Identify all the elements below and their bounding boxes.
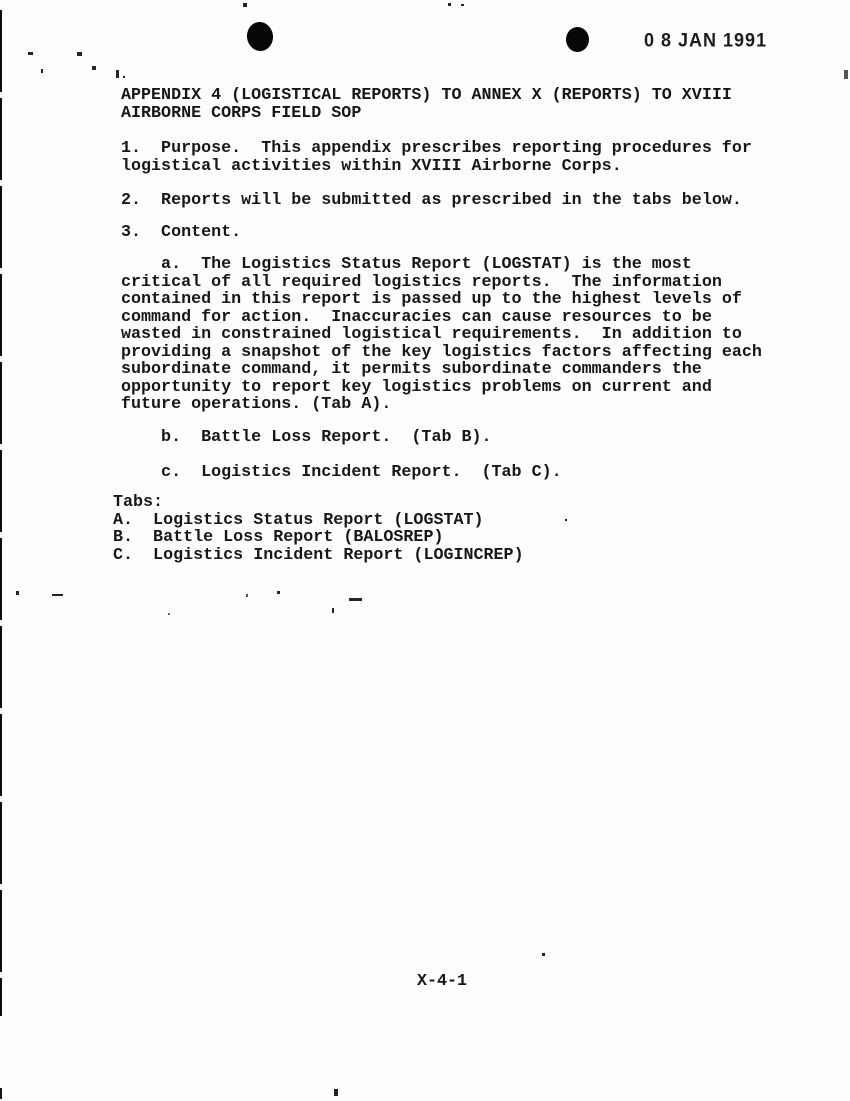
- document-line: a. The Logistics Status Report (LOGSTAT)…: [121, 256, 762, 274]
- paragraph-3b-battle-loss: b. Battle Loss Report. (Tab B).: [121, 429, 492, 447]
- document-line: 1. Purpose. This appendix prescribes rep…: [121, 140, 752, 158]
- document-line: critical of all required logistics repor…: [121, 274, 762, 292]
- scan-speck: [168, 613, 170, 615]
- scan-speck: [243, 3, 247, 7]
- scan-speck: [844, 70, 848, 79]
- document-title: APPENDIX 4 (LOGISTICAL REPORTS) TO ANNEX…: [121, 87, 732, 122]
- scanned-document-page: 0 8 JAN 1991 APPENDIX 4 (LOGISTICAL REPO…: [0, 0, 850, 1101]
- document-line: providing a snapshot of the key logistic…: [121, 344, 762, 362]
- document-line: future operations. (Tab A).: [121, 396, 762, 414]
- scan-speck: [123, 76, 125, 78]
- scan-speck: [461, 4, 464, 6]
- page-number-text: X-4-1: [417, 973, 467, 991]
- title-line: APPENDIX 4 (LOGISTICAL REPORTS) TO ANNEX…: [121, 87, 732, 105]
- document-line: wasted in constrained logistical require…: [121, 326, 762, 344]
- scan-speck: [332, 608, 334, 613]
- tabs-list-line: A. Logistics Status Report (LOGSTAT): [113, 512, 524, 530]
- hole-punch-dot-right: [566, 27, 589, 52]
- scan-speck: [565, 519, 567, 521]
- scan-speck: [116, 70, 119, 78]
- document-line: b. Battle Loss Report. (Tab B).: [121, 429, 492, 447]
- document-line: logistical activities within XVIII Airbo…: [121, 158, 752, 176]
- tabs-list-line: Tabs:: [113, 494, 524, 512]
- scan-speck: [77, 52, 82, 56]
- scan-speck: [41, 69, 43, 73]
- scan-speck: [334, 1089, 338, 1096]
- scan-speck: [16, 591, 19, 595]
- document-line: subordinate command, it permits subordin…: [121, 361, 762, 379]
- tabs-list-line: B. Battle Loss Report (BALOSREP): [113, 529, 524, 547]
- scan-speck: [448, 3, 451, 6]
- document-line: c. Logistics Incident Report. (Tab C).: [121, 464, 562, 482]
- scan-left-edge-tick: [0, 1088, 2, 1099]
- document-line: 2. Reports will be submitted as prescrib…: [121, 192, 742, 210]
- scan-speck: [92, 66, 96, 70]
- document-line: contained in this report is passed up to…: [121, 291, 762, 309]
- paragraph-3c-logistics-incident: c. Logistics Incident Report. (Tab C).: [121, 464, 562, 482]
- scan-speck: [246, 594, 248, 597]
- document-line: command for action. Inaccuracies can cau…: [121, 309, 762, 327]
- hole-punch-dot-left: [245, 20, 275, 52]
- tabs-list: Tabs: A. Logistics Status Report (LOGSTA…: [113, 494, 524, 564]
- tabs-list-line: C. Logistics Incident Report (LOGINCREP): [113, 547, 524, 565]
- scan-left-edge-line: [0, 10, 2, 1016]
- scan-speck: [349, 598, 362, 601]
- page-number: X-4-1: [417, 973, 467, 991]
- paragraph-3a-logstat: a. The Logistics Status Report (LOGSTAT)…: [121, 256, 762, 414]
- scan-speck: [28, 52, 33, 55]
- paragraph-2-reports: 2. Reports will be submitted as prescrib…: [121, 192, 742, 210]
- paragraph-3-content: 3. Content.: [121, 224, 241, 242]
- document-line: opportunity to report key logistics prob…: [121, 379, 762, 397]
- date-stamp: 0 8 JAN 1991: [644, 29, 767, 51]
- scan-speck: [277, 591, 280, 594]
- paragraph-1-purpose: 1. Purpose. This appendix prescribes rep…: [121, 140, 752, 175]
- scan-speck: [542, 953, 545, 956]
- scan-speck: [52, 594, 63, 596]
- document-line: 3. Content.: [121, 224, 241, 242]
- title-line: AIRBORNE CORPS FIELD SOP: [121, 105, 732, 123]
